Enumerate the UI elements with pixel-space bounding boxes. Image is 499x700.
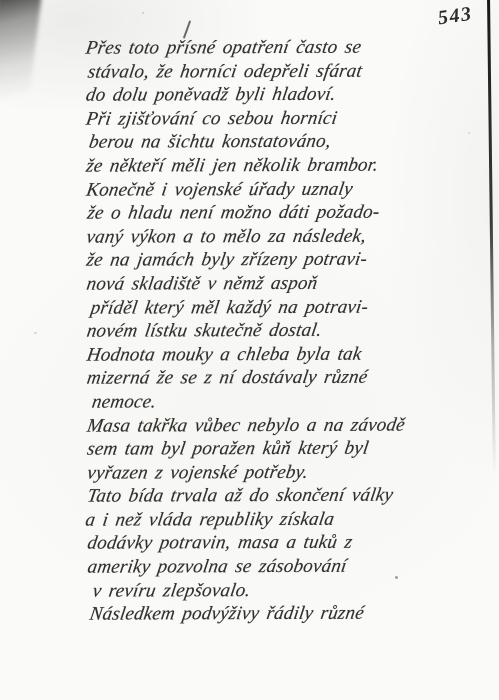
- handwritten-line: dodávky potravin, masa a tuků z: [86, 531, 480, 556]
- handwritten-line: vaný výkon a to mělo za následek,: [85, 224, 479, 249]
- paper-speck: [142, 12, 144, 14]
- handwritten-line: ameriky pozvolna se zásobování: [86, 554, 480, 579]
- handwritten-line: stávalo, že horníci odepřeli sfárat: [86, 59, 478, 84]
- handwritten-line: Hodnota mouky a chleba byla tak: [85, 342, 479, 367]
- handwritten-line: a i než vláda republiky získala: [84, 507, 480, 532]
- handwritten-line: berou na šichtu konstatováno,: [87, 130, 478, 155]
- handwritten-line: do dolu poněvadž byli hladoví.: [84, 82, 478, 107]
- handwritten-line: Následkem podvýživy řádily různé: [88, 602, 480, 627]
- handwritten-line: nová skladiště v němž aspoň: [85, 271, 479, 296]
- page-number: 543: [437, 3, 474, 31]
- handwritten-line: Při zjišťování co sebou horníci: [84, 106, 478, 131]
- handwritten-line: Přes toto přísné opatření často se: [84, 35, 478, 60]
- scanned-manuscript-page: 543 Přes toto přísné opatření často se s…: [0, 0, 499, 700]
- handwritten-line: nemoce.: [90, 389, 479, 414]
- scan-edge-line: [487, 0, 496, 496]
- handwritten-line: vyřazen z vojenské potřeby.: [86, 460, 480, 485]
- handwritten-line: novém lístku skutečně dostal.: [85, 318, 479, 343]
- handwritten-text-block: Přes toto přísné opatření často se stáva…: [84, 35, 476, 626]
- handwritten-line: Masa takřka vůbec nebylo a na závodě: [85, 413, 479, 438]
- paper-speck: [395, 576, 398, 579]
- paper-speck: [468, 132, 470, 134]
- scan-corner-smudge: [0, 0, 42, 124]
- handwritten-line: Tato bída trvala až do skončení války: [86, 484, 480, 509]
- handwritten-line: v revíru zlepšovalo.: [91, 578, 480, 603]
- paper-speck: [34, 332, 37, 334]
- handwritten-line: že někteří měli jen několik brambor.: [84, 153, 478, 178]
- handwritten-line: že o hladu není možno dáti požado-: [86, 200, 479, 225]
- handwritten-line: Konečně i vojenské úřady uznaly: [85, 177, 479, 202]
- handwritten-line: příděl který měl každý na potravi-: [89, 295, 479, 320]
- handwritten-line: sem tam byl poražen kůň který byl: [85, 436, 479, 461]
- handwritten-line: že na jamách byly zřízeny potravi-: [85, 248, 479, 273]
- handwritten-line: mizerná že se z ní dostávaly různé: [85, 366, 479, 391]
